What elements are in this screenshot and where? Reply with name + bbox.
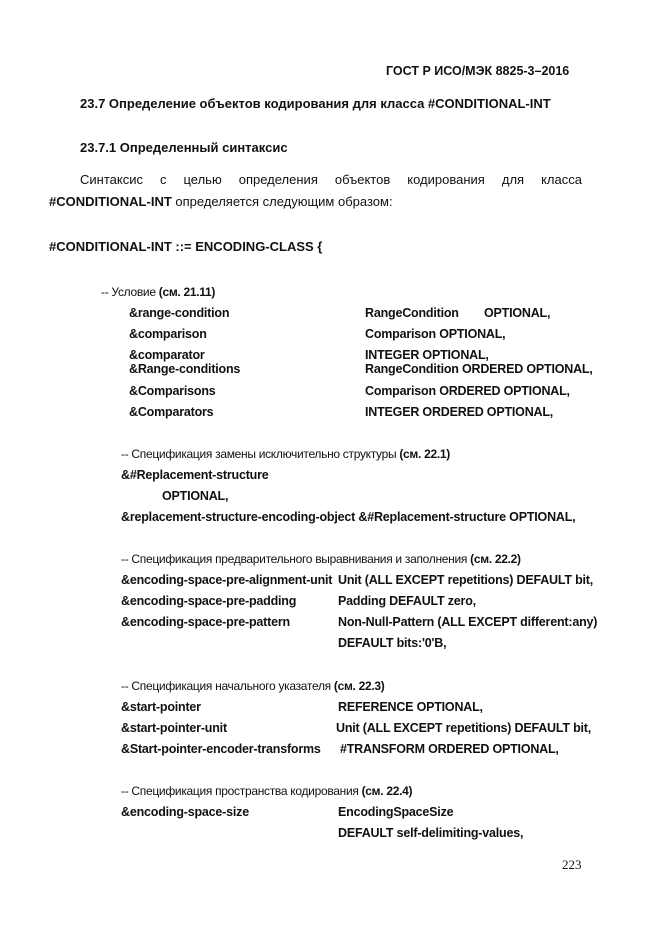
word: класса <box>541 172 582 187</box>
field-name: &start-pointer-unit <box>121 721 227 735</box>
paragraph-text: определяется следующим образом: <box>172 194 393 209</box>
field-name: &encoding-space-pre-alignment-unit <box>121 573 332 587</box>
field-type: INTEGER OPTIONAL, <box>365 348 489 362</box>
field-type: #TRANSFORM ORDERED OPTIONAL, <box>340 742 559 756</box>
field-type: OPTIONAL, <box>162 489 228 503</box>
comment-text: -- Спецификация начального указателя <box>121 679 334 693</box>
field-name: &start-pointer <box>121 700 201 714</box>
paragraph-line-2: #CONDITIONAL-INT определяется следующим … <box>49 194 393 209</box>
field-type: DEFAULT self-delimiting-values, <box>338 826 523 840</box>
word: объектов <box>335 172 390 187</box>
comment-text: -- Спецификация замены исключительно стр… <box>121 447 399 461</box>
field-name: &range-condition <box>129 306 229 320</box>
word: с <box>160 172 167 187</box>
field-name: &#Replacement-structure <box>121 468 269 482</box>
word: кодирования <box>407 172 485 187</box>
field-name: &Range-conditions <box>129 362 240 376</box>
comment-ref: (см. 22.2) <box>470 552 521 566</box>
field-type: Comparison ORDERED OPTIONAL, <box>365 384 570 398</box>
field-name: &encoding-space-pre-pattern <box>121 615 290 629</box>
field-type: RangeCondition <box>365 306 459 320</box>
field-name: &Comparators <box>129 405 213 419</box>
paragraph-line-1: Синтаксис с целью определения объектов к… <box>80 172 582 187</box>
word: целью <box>184 172 222 187</box>
word: Синтаксис <box>80 172 143 187</box>
word: для <box>502 172 524 187</box>
comment-text: -- Спецификация предварительного выравни… <box>121 552 470 566</box>
class-name: #CONDITIONAL-INT <box>49 194 172 209</box>
field-type: EncodingSpaceSize <box>338 805 453 819</box>
comment-encspace: -- Спецификация пространства кодирования… <box>121 784 412 798</box>
field-name: &comparison <box>129 327 207 341</box>
field-type-modifier: OPTIONAL, <box>484 306 550 320</box>
word: определения <box>239 172 318 187</box>
field-type: REFERENCE OPTIONAL, <box>338 700 483 714</box>
comment-text: -- Условие <box>101 285 159 299</box>
field-type: Unit (ALL EXCEPT repetitions) DEFAULT bi… <box>336 721 591 735</box>
comment-text: -- Спецификация пространства кодирования <box>121 784 362 798</box>
comment-startpointer: -- Спецификация начального указателя (см… <box>121 679 384 693</box>
field-name: &comparator <box>129 348 205 362</box>
comment-ref: (см. 22.1) <box>399 447 450 461</box>
definition-head: #CONDITIONAL-INT ::= ENCODING-CLASS { <box>49 239 322 254</box>
field-type: Non-Null-Pattern (ALL EXCEPT different:a… <box>338 615 597 629</box>
field-name: &encoding-space-size <box>121 805 249 819</box>
comment-ref: (см. 22.3) <box>334 679 385 693</box>
field-type: INTEGER ORDERED OPTIONAL, <box>365 405 553 419</box>
field-type: Comparison OPTIONAL, <box>365 327 505 341</box>
comment-prealign: -- Спецификация предварительного выравни… <box>121 552 521 566</box>
comment-ref: (см. 22.4) <box>362 784 413 798</box>
field-type: Padding DEFAULT zero, <box>338 594 476 608</box>
field-name: &Comparisons <box>129 384 216 398</box>
comment-condition: -- Условие (см. 21.11) <box>101 285 215 299</box>
comment-replacement: -- Спецификация замены исключительно стр… <box>121 447 450 461</box>
comment-ref: (см. 21.11) <box>159 285 215 299</box>
field-type: Unit (ALL EXCEPT repetitions) DEFAULT bi… <box>338 573 593 587</box>
page-number: 223 <box>562 857 582 873</box>
field-type: DEFAULT bits:'0'B, <box>338 636 446 650</box>
field-name: &Start-pointer-encoder-transforms <box>121 742 321 756</box>
section-title: 23.7 Определение объектов кодирования дл… <box>80 96 551 111</box>
field-type: RangeCondition ORDERED OPTIONAL, <box>365 362 593 376</box>
field-line: &replacement-structure-encoding-object &… <box>121 510 575 524</box>
subsection-title: 23.7.1 Определенный синтаксис <box>80 140 288 155</box>
standard-header: ГОСТ Р ИСО/МЭК 8825-3–2016 <box>386 64 569 78</box>
field-name: &encoding-space-pre-padding <box>121 594 296 608</box>
